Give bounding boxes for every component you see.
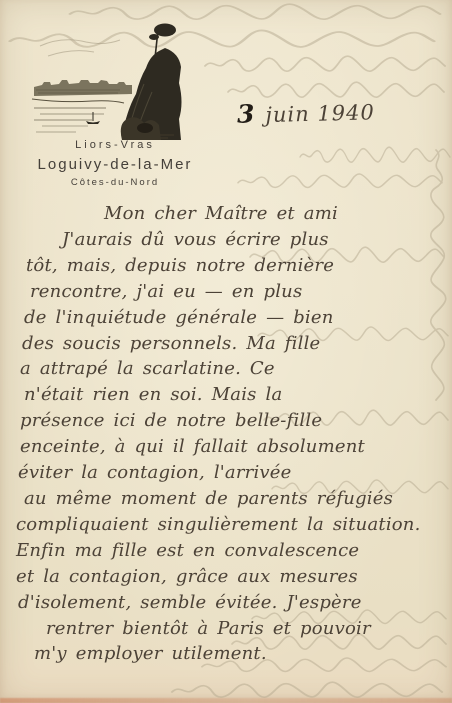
- letterhead-region: Côtes-du-Nord: [26, 177, 204, 188]
- letter-line: des soucis personnels. Ma fille: [22, 331, 444, 357]
- letter-page: Liors-Vras Loguivy-de-la-Mer Côtes-du-No…: [0, 0, 452, 703]
- letter-line: a attrapé la scarlatine. Ce: [20, 356, 444, 382]
- letter-line: rencontre, j'ai eu — en plus: [30, 279, 444, 305]
- date-line: 3juin 1940: [237, 96, 376, 129]
- letterhead-place-main: Loguivy-de-la-Mer: [26, 156, 204, 173]
- letter-line: tôt, mais, depuis notre dernière: [26, 253, 444, 279]
- letter-line: au même moment de parents réfugiés: [24, 486, 444, 512]
- letter-line: de l'inquiétude générale — bien: [24, 305, 444, 331]
- letter-line: et la contagion, grâce aux mesures: [16, 564, 444, 590]
- letter-line: éviter la contagion, l'arrivée: [18, 460, 444, 486]
- letterhead-place-small: Liors-Vras: [26, 139, 204, 151]
- letter-line: J'aurais dû vous écrire plus: [62, 227, 444, 253]
- letterhead: Liors-Vras Loguivy-de-la-Mer Côtes-du-No…: [26, 139, 204, 188]
- letter-line: enceinte, à qui il fallait absolument: [20, 434, 444, 460]
- date-month-year: juin 1940: [265, 100, 375, 127]
- date-day: 3: [237, 99, 256, 128]
- letter-body: Mon cher Maître et ami J'aurais dû vous …: [16, 201, 444, 667]
- letter-line: d'isolement, semble évitée. J'espère: [18, 590, 444, 616]
- letter-salutation: Mon cher Maître et ami: [104, 201, 444, 227]
- letter-line: Enfin ma fille est en convalescence: [16, 538, 444, 564]
- letter-line: présence ici de notre belle-fille: [20, 408, 444, 434]
- coastal-engraving-illustration: [28, 22, 196, 140]
- letter-line: n'était rien en soi. Mais la: [24, 382, 444, 408]
- letter-line: m'y employer utilement.: [34, 641, 444, 667]
- letter-line: compliquaient singulièrement la situatio…: [16, 512, 444, 538]
- letter-line: rentrer bientôt à Paris et pouvoir: [46, 616, 444, 642]
- paper-bottom-edge: [0, 698, 452, 703]
